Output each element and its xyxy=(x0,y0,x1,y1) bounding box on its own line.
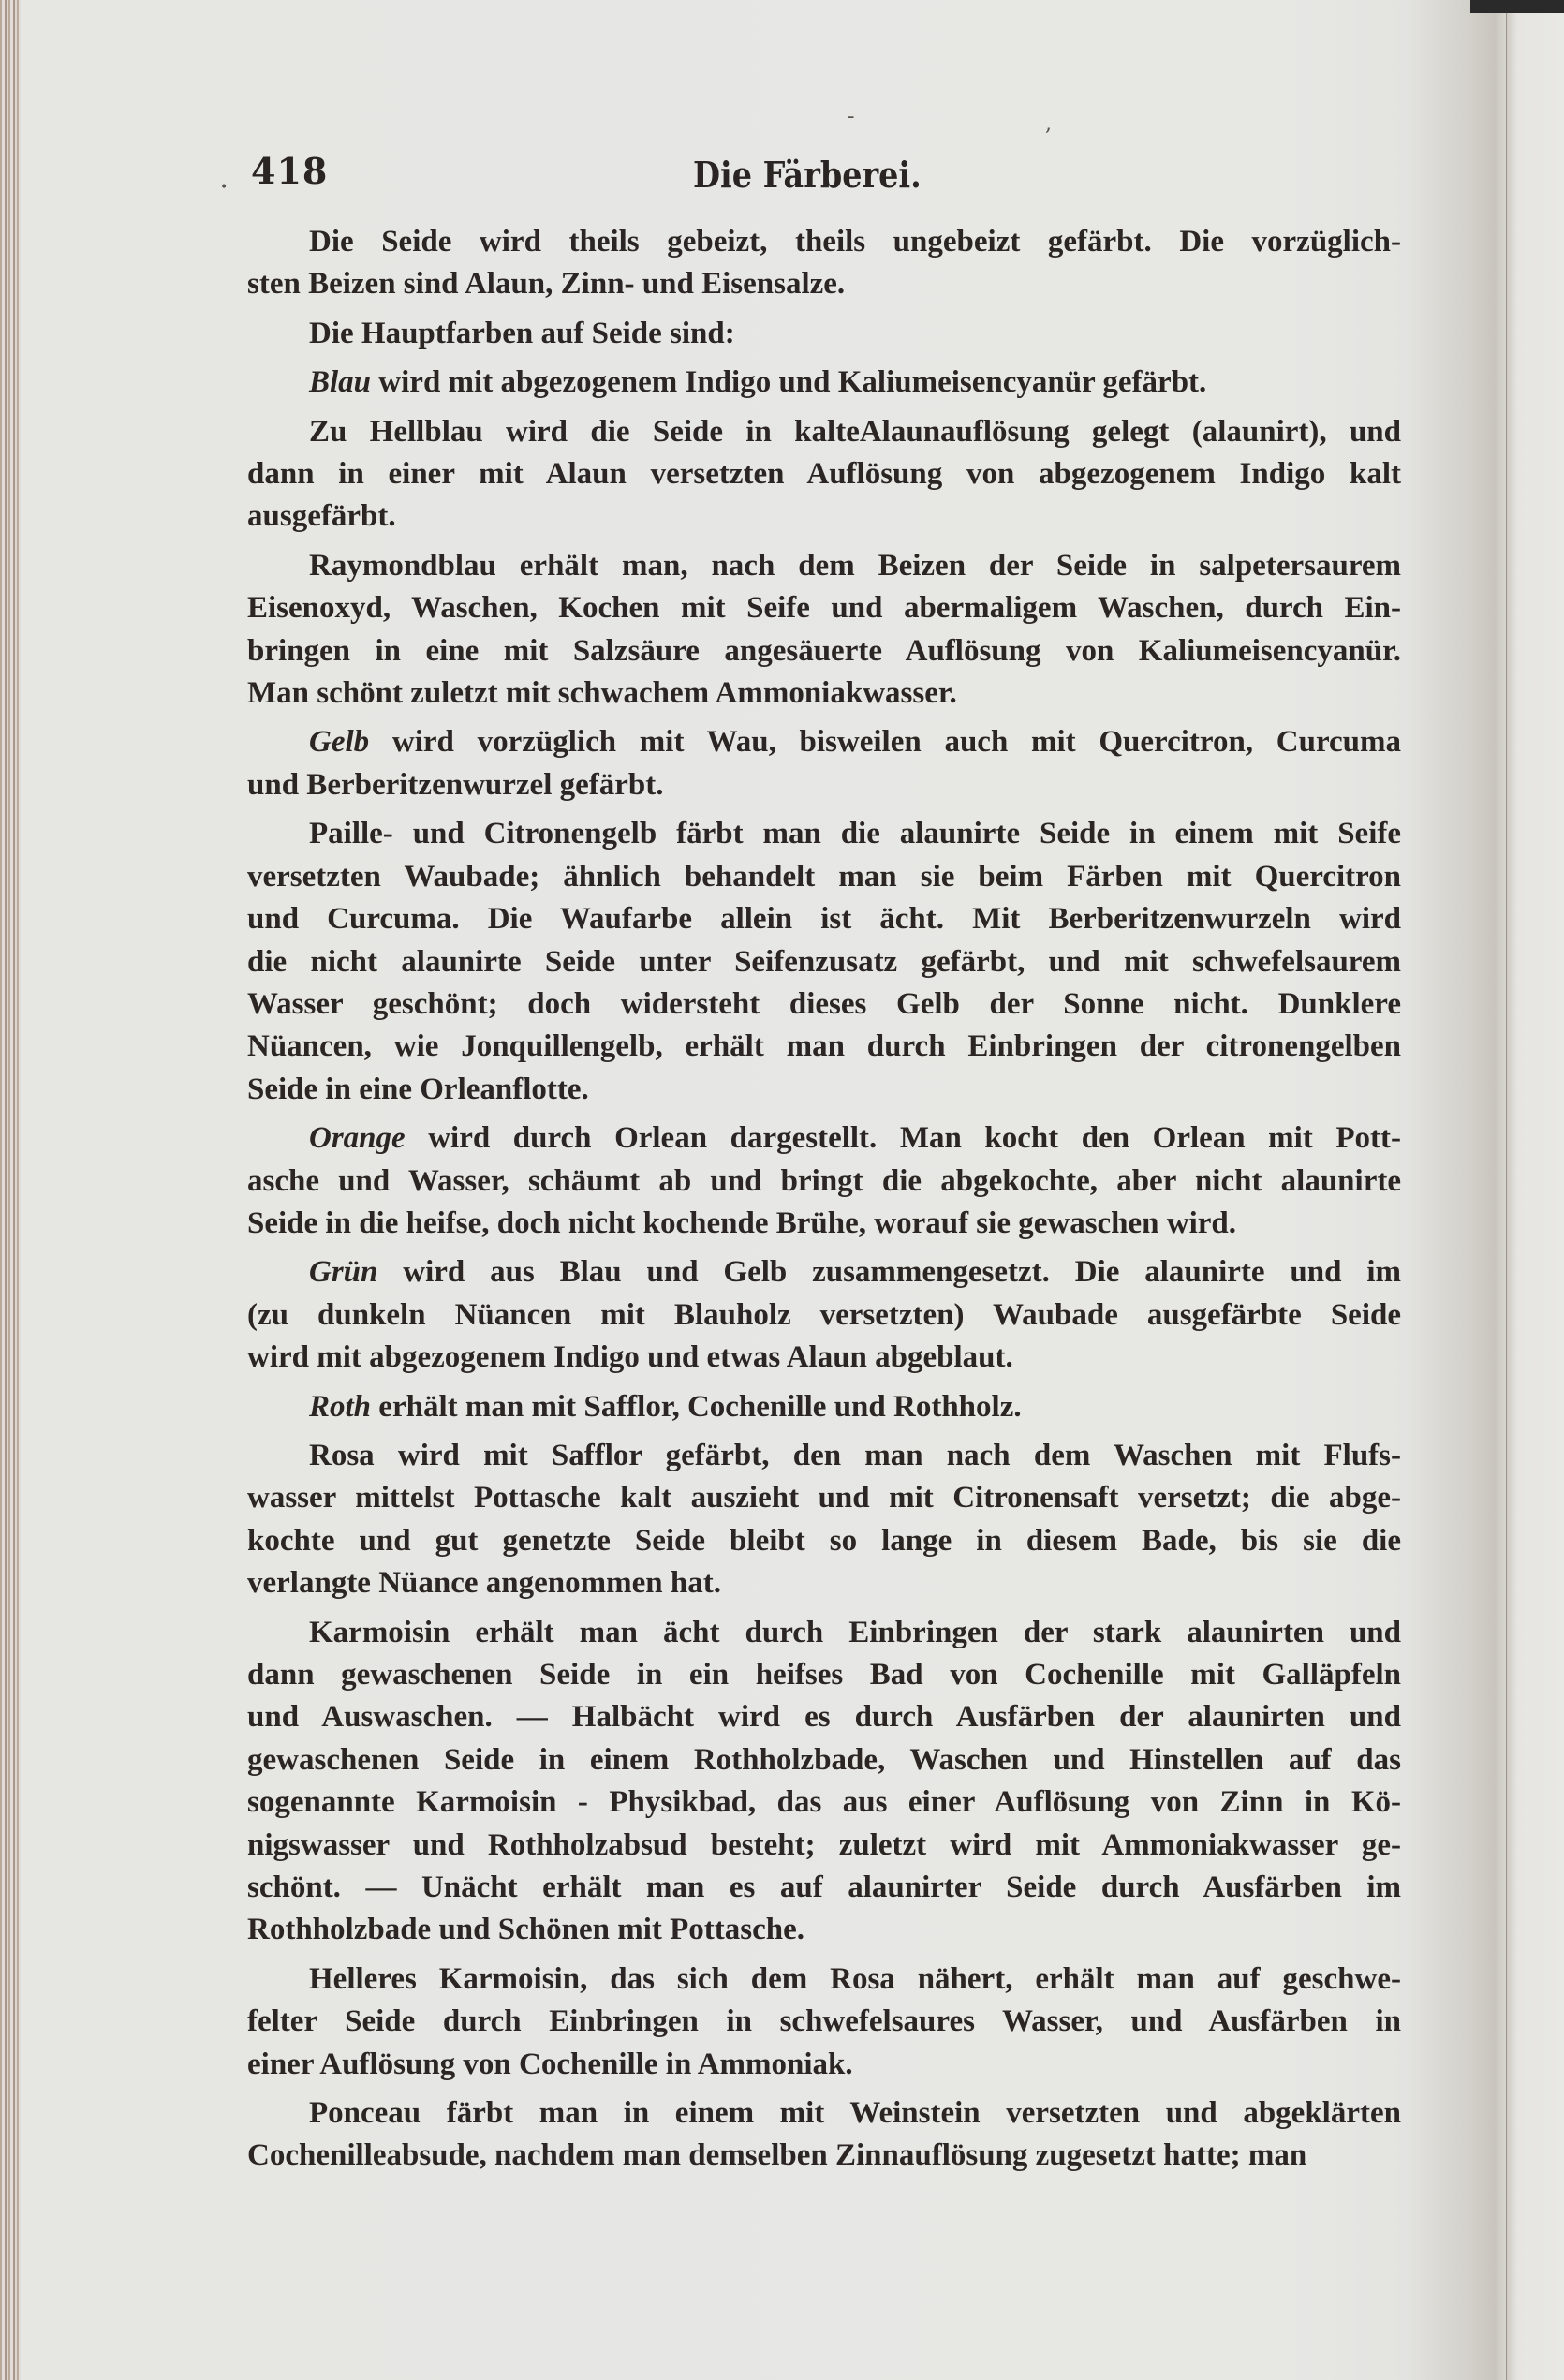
text-line-content: Wasser geschönt; doch widersteht dieses … xyxy=(247,987,1401,1021)
text-line: Ponceau färbt man in einem mit Weinstein… xyxy=(309,2092,1401,2135)
text-line-content: Raymondblau erhält man, nach dem Beizen … xyxy=(309,549,1401,583)
text-line-content: bringen in eine mit Salzsäure angesäuert… xyxy=(247,634,1401,668)
paragraph: Zu Hellblau wird die Seide in kalteAlaun… xyxy=(247,411,1401,539)
text-line-content: Rosa wird mit Safflor gefärbt, den man n… xyxy=(309,1439,1401,1472)
text-line: felter Seide durch Einbringen in schwefe… xyxy=(247,2001,1401,2043)
paragraph: Helleres Karmoisin, das sich dem Rosa nä… xyxy=(247,1959,1401,2086)
text-line: Cochenilleabsude, nachdem man demselben … xyxy=(247,2135,1401,2177)
text-line-content: Man schönt zuletzt mit schwachem Ammonia… xyxy=(247,676,957,710)
text-line-content: schönt. — Unächt erhält man es auf alaun… xyxy=(247,1870,1401,1904)
text-line: Blau wird mit abgezogenem Indigo und Kal… xyxy=(309,362,1401,404)
text-line-content: versetzten Waubade; ähnlich behandelt ma… xyxy=(247,860,1401,894)
text-line-content: wird mit abgezogenem Indigo und etwas Al… xyxy=(247,1340,1013,1374)
text-line-content: die nicht alaunirte Seide unter Seifenzu… xyxy=(247,945,1401,979)
paragraph: Die Seide wird theils gebeizt, theils un… xyxy=(247,221,1401,306)
text-line-content: dann gewaschenen Seide in ein heifses Ba… xyxy=(247,1658,1401,1692)
page-number: 418 xyxy=(251,150,328,192)
adjacent-page-edge xyxy=(1506,11,1564,2380)
text-line: Die Hauptfarben auf Seide sind: xyxy=(309,313,1401,355)
text-line-content: wird aus Blau und Gelb zusammengesetzt. … xyxy=(377,1255,1401,1289)
text-line-content: dann in einer mit Alaun versetzten Auflö… xyxy=(247,457,1401,491)
paragraph: Die Hauptfarben auf Seide sind: xyxy=(247,313,1401,355)
text-line: schönt. — Unächt erhält man es auf alaun… xyxy=(247,1867,1401,1909)
color-keyword: Blau xyxy=(309,365,371,399)
text-line: Seide in eine Orleanflotte. xyxy=(247,1069,1401,1111)
text-line: sogenannte Karmoisin - Physikbad, das au… xyxy=(247,1781,1401,1824)
body-text: Die Seide wird theils gebeizt, theils un… xyxy=(247,221,1401,2184)
text-line: ausgefärbt. xyxy=(247,495,1401,538)
text-line: Nüancen, wie Jonquillengelb, erhält man … xyxy=(247,1026,1401,1068)
text-line: einer Auflösung von Cochenille in Ammoni… xyxy=(247,2044,1401,2086)
text-line: gewaschenen Seide in einem Rothholzbade,… xyxy=(247,1739,1401,1781)
text-line-content: ausgefärbt. xyxy=(247,499,396,533)
text-line-content: wird mit abgezogenem Indigo und Kaliumei… xyxy=(371,365,1206,399)
text-line-content: wird vorzüglich mit Wau, bisweilen auch … xyxy=(369,725,1401,759)
ink-speck: - xyxy=(848,105,854,128)
text-line: (zu dunkeln Nüancen mit Blauholz versetz… xyxy=(247,1294,1401,1337)
text-line: Seide in die heifse, doch nicht kochende… xyxy=(247,1203,1401,1245)
text-line-content: Helleres Karmoisin, das sich dem Rosa nä… xyxy=(309,1962,1401,1996)
text-line-content: wird durch Orlean dargestellt. Man kocht… xyxy=(406,1121,1401,1155)
text-line: die nicht alaunirte Seide unter Seifenzu… xyxy=(247,941,1401,983)
text-line: und Berberitzenwurzel gefärbt. xyxy=(247,764,1401,806)
paragraph: Paille- und Citronengelb färbt man die a… xyxy=(247,813,1401,1111)
text-line: Gelb wird vorzüglich mit Wau, bisweilen … xyxy=(309,721,1401,763)
color-keyword: Grün xyxy=(309,1255,377,1289)
paragraph: Rosa wird mit Safflor gefärbt, den man n… xyxy=(247,1435,1401,1605)
text-line-content: kochte und gut genetzte Seide bleibt so … xyxy=(247,1524,1401,1558)
text-line-content: sten Beizen sind Alaun, Zinn- und Eisens… xyxy=(247,267,845,301)
running-title: Die Färberei. xyxy=(693,154,922,196)
text-line: Rosa wird mit Safflor gefärbt, den man n… xyxy=(309,1435,1401,1477)
text-line-content: sogenannte Karmoisin - Physikbad, das au… xyxy=(247,1785,1401,1819)
text-line: bringen in eine mit Salzsäure angesäuert… xyxy=(247,630,1401,673)
text-line-content: gewaschenen Seide in einem Rothholzbade,… xyxy=(247,1743,1401,1777)
text-line: Helleres Karmoisin, das sich dem Rosa nä… xyxy=(309,1959,1401,2001)
ink-speck: • xyxy=(220,180,228,195)
ink-speck: , xyxy=(1045,112,1052,136)
book-page-edges xyxy=(0,0,21,2380)
paragraph: Ponceau färbt man in einem mit Weinstein… xyxy=(247,2092,1401,2178)
text-line: kochte und gut genetzte Seide bleibt so … xyxy=(247,1520,1401,1562)
text-line-content: und Auswaschen. — Halbächt wird es durch… xyxy=(247,1700,1401,1734)
paragraph: Orange wird durch Orlean dargestellt. Ma… xyxy=(247,1117,1401,1245)
text-line: Rothholzbade und Schönen mit Pottasche. xyxy=(247,1909,1401,1951)
text-line-content: Seide in die heifse, doch nicht kochende… xyxy=(247,1206,1236,1240)
text-line-content: Zu Hellblau wird die Seide in kalteAlaun… xyxy=(309,415,1401,449)
text-line-content: und Berberitzenwurzel gefärbt. xyxy=(247,768,664,802)
text-line-content: Cochenilleabsude, nachdem man demselben … xyxy=(247,2138,1306,2172)
paragraph: Raymondblau erhält man, nach dem Beizen … xyxy=(247,545,1401,716)
text-line: Raymondblau erhält man, nach dem Beizen … xyxy=(309,545,1401,587)
text-line-content: Rothholzbade und Schönen mit Pottasche. xyxy=(247,1913,804,1946)
text-line: versetzten Waubade; ähnlich behandelt ma… xyxy=(247,856,1401,898)
paragraph: Roth erhält man mit Safflor, Cochenille … xyxy=(247,1386,1401,1428)
text-line: verlangte Nüance angenommen hat. xyxy=(247,1562,1401,1604)
paragraph: Blau wird mit abgezogenem Indigo und Kal… xyxy=(247,362,1401,404)
text-line: Roth erhält man mit Safflor, Cochenille … xyxy=(309,1386,1401,1428)
text-line-content: verlangte Nüance angenommen hat. xyxy=(247,1566,721,1600)
text-line-content: nigswasser und Rothholzabsud besteht; zu… xyxy=(247,1828,1401,1862)
text-line: Orange wird durch Orlean dargestellt. Ma… xyxy=(309,1117,1401,1160)
paragraph: Karmoisin erhält man ächt durch Einbring… xyxy=(247,1612,1401,1952)
text-line-content: Ponceau färbt man in einem mit Weinstein… xyxy=(309,2096,1401,2130)
text-line-content: Die Seide wird theils gebeizt, theils un… xyxy=(309,225,1401,259)
text-line-content: Paille- und Citronengelb färbt man die a… xyxy=(309,817,1401,850)
text-line: wird mit abgezogenem Indigo und etwas Al… xyxy=(247,1337,1401,1379)
text-line: dann gewaschenen Seide in ein heifses Ba… xyxy=(247,1654,1401,1696)
text-line-content: Seide in eine Orleanflotte. xyxy=(247,1072,589,1106)
color-keyword: Orange xyxy=(309,1121,406,1155)
text-line: und Auswaschen. — Halbächt wird es durch… xyxy=(247,1696,1401,1738)
page-header: 418 Die Färberei. xyxy=(0,150,1564,206)
text-line: Karmoisin erhält man ächt durch Einbring… xyxy=(309,1612,1401,1654)
text-line: Eisenoxyd, Waschen, Kochen mit Seife und… xyxy=(247,587,1401,629)
text-line-content: einer Auflösung von Cochenille in Ammoni… xyxy=(247,2047,853,2081)
text-line: Die Seide wird theils gebeizt, theils un… xyxy=(309,221,1401,263)
text-line: nigswasser und Rothholzabsud besteht; zu… xyxy=(247,1825,1401,1867)
text-line-content: Eisenoxyd, Waschen, Kochen mit Seife und… xyxy=(247,591,1401,625)
text-line-content: asche und Wasser, schäumt ab und bringt … xyxy=(247,1164,1401,1198)
text-line-content: und Curcuma. Die Waufarbe allein ist äch… xyxy=(247,902,1401,936)
text-line-content: Nüancen, wie Jonquillengelb, erhält man … xyxy=(247,1029,1401,1063)
text-line: Grün wird aus Blau und Gelb zusammengese… xyxy=(309,1251,1401,1293)
text-line-content: wasser mittelst Pottasche kalt auszieht … xyxy=(247,1481,1401,1515)
text-line: und Curcuma. Die Waufarbe allein ist äch… xyxy=(247,898,1401,940)
text-line-content: Die Hauptfarben auf Seide sind: xyxy=(309,317,735,350)
text-line: wasser mittelst Pottasche kalt auszieht … xyxy=(247,1477,1401,1519)
text-line: Man schönt zuletzt mit schwachem Ammonia… xyxy=(247,673,1401,715)
color-keyword: Gelb xyxy=(309,725,369,759)
text-line: Paille- und Citronengelb färbt man die a… xyxy=(309,813,1401,855)
scan-background-strip xyxy=(1470,0,1564,13)
text-line: Zu Hellblau wird die Seide in kalteAlaun… xyxy=(309,411,1401,453)
text-line: Wasser geschönt; doch widersteht dieses … xyxy=(247,983,1401,1026)
text-line-content: felter Seide durch Einbringen in schwefe… xyxy=(247,2004,1401,2038)
text-line: asche und Wasser, schäumt ab und bringt … xyxy=(247,1160,1401,1203)
text-line-content: (zu dunkeln Nüancen mit Blauholz versetz… xyxy=(247,1298,1401,1332)
text-line-content: Karmoisin erhält man ächt durch Einbring… xyxy=(309,1616,1401,1649)
color-keyword: Roth xyxy=(309,1390,371,1424)
text-line-content: erhält man mit Safflor, Cochenille und R… xyxy=(371,1390,1022,1424)
paragraph: Grün wird aus Blau und Gelb zusammengese… xyxy=(247,1251,1401,1379)
text-line: sten Beizen sind Alaun, Zinn- und Eisens… xyxy=(247,263,1401,305)
text-line: dann in einer mit Alaun versetzten Auflö… xyxy=(247,453,1401,495)
paragraph: Gelb wird vorzüglich mit Wau, bisweilen … xyxy=(247,721,1401,806)
